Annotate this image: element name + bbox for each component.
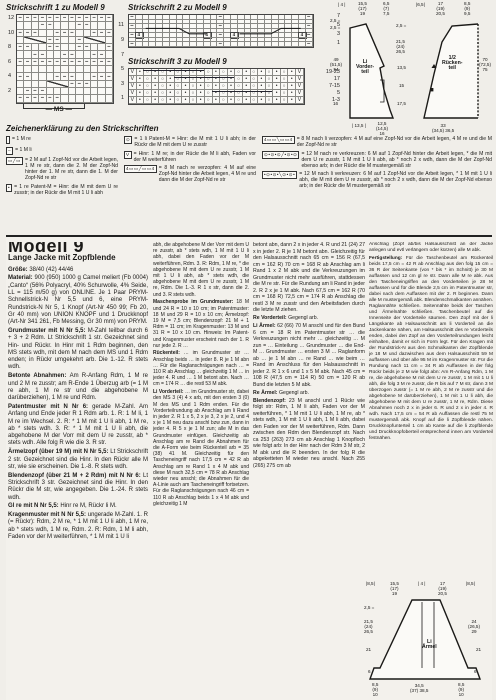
paragraph-lead: Patentmuster mit N Nr 6: [8,404,92,410]
paragraph: abh, die abgehobene M der Vorr mit dem U… [153,242,249,298]
row-number-right: 9 [121,38,124,44]
purl-stitch-cell [106,30,113,37]
paragraph-lead: Kragenmuster mit N Nr 5,5: [8,512,88,518]
chart-cell [279,42,286,47]
chart-cell [245,42,252,47]
paragraph-lead: Blendenzopf: [253,398,289,404]
article-column-1-body: Größe: 38/40 (42) 44/46Material: 900 (95… [8,267,148,542]
label-line: 7,5 [383,12,389,17]
knit-stitch-cell [69,88,76,95]
label-line: 54 [330,68,342,73]
patent-dot-cell: • [167,97,175,104]
patent-dot-cell: • [273,90,281,97]
purl-stitch-cell [39,95,46,102]
purl-stitch-cell [76,44,83,51]
patent-dot-cell: • [213,97,221,104]
purl-stitch-cell [24,73,31,80]
purl-stitch-cell [106,59,113,66]
measurement-label: |8,5| [466,582,475,587]
slip-stitch-cell: V [129,97,137,104]
label-line: | 4 | [418,582,426,587]
knit-stitch-cell [106,88,113,95]
purl-stitch-cell [24,44,31,51]
measurement-label: 2,5 = [364,606,374,611]
pattern-repeat-label: — MS — [46,106,72,113]
schematic-sleeve: |8,5|15,5(17)19| 4 |17(19)20,5|8,5|2,5 =… [364,582,490,698]
stitch-symbol-key: ⊙•⊙•⊙╱•⊙•⊙ [262,151,299,159]
knit-stitch-cell [76,88,83,95]
paragraph: Patentmuster mit N Nr 6: gerade M-Zahl. … [8,404,148,448]
knit-stitch-cell [76,66,83,73]
legend-entry-text: = 8 M nach li verzopfen: 4 M auf eine Zo… [297,136,492,148]
purl-stitch-cell [61,59,68,66]
purl-stitch-cell [91,59,98,66]
knit-stitch-cell [91,44,98,51]
patent-dot-cell: • [228,97,236,104]
paragraph: Li Vorderteil: … im Grundmuster str, dab… [153,389,249,507]
chart-cell [217,42,224,47]
knit-stitch-cell [106,66,113,73]
stitch-symbol-key: • [6,184,12,192]
chart-cell [272,42,279,47]
knit-stitch-cell [47,66,54,73]
purl-stitch-cell [47,44,54,51]
measurement-label: 17(19)20,5 [438,582,447,597]
knit-stitch-cell [61,37,68,44]
label-line: |6,5| [416,3,425,8]
purl-stitch-cell [39,15,46,22]
chart-grid-wrapper: 44447531 [128,14,340,48]
legend-entry-text: = Hinr: 1 M re; in der Rückr die M li ab… [134,151,256,163]
knit-stitch-cell [61,22,68,29]
legend-entry: •= 1 re Patent-M = Hinr: die M mit dem U… [6,184,118,196]
patent-dot-cell: • [243,97,251,104]
article-column-3: betont abn, dann 2 x in jeder 4. R und 2… [253,242,365,700]
purl-stitch-cell [47,59,54,66]
patent-dot-cell: • [152,97,160,104]
chart-grid: V•○•○•○•○•○•○•○•○•○•○•VV•○•○•○•○•○•○•○•○… [128,68,305,105]
measurement-label: | 4 | [418,582,426,587]
paragraph-lead: Betonte Abnahmen: [8,373,70,379]
purl-stitch-cell [98,15,105,22]
paragraph-lead: Fertigstellung: [369,256,406,261]
knit-stitch-cell [91,88,98,95]
measurement-label: 2,5 = [330,26,340,31]
knit-stitch-cell [54,51,61,58]
purl-stitch-cell [17,59,24,66]
knit-stitch-cell [106,22,113,29]
purl-stitch-cell [106,73,113,80]
legend-entry: ▭╱▭= 2 M auf 1 Zopf-Nd vor die Arbeit le… [6,157,118,181]
paragraph: Betonte Abnahmen: Am R-Anfang Rdm, 1 M r… [8,373,148,402]
yarn-over-cell: ○ [235,97,243,104]
label-line: 26,5 [364,630,373,635]
chart-cell [285,42,292,47]
label-line: 17,5 [397,102,406,107]
label-line: (37) 38,5 [410,689,428,694]
purl-stitch-cell [39,88,46,95]
paragraph: Maschenprobe im Grundmuster: 18 M und 24… [153,299,249,349]
patent-dot-cell: • [137,97,145,104]
measurement-label: | 4 | [338,3,346,8]
purl-stitch-cell [69,30,76,37]
patent-dot-cell: • [273,76,281,83]
purl-stitch-cell [24,59,31,66]
paragraph: Blendenzopf (über 21 M + 2 Rdm) mit N Nr… [8,473,148,502]
chart-cell [183,42,190,47]
knit-stitch-cell [39,73,46,80]
legend-entry-text: = 12 M nach re verkreuzen: 6 M auf 1 Zop… [301,151,492,169]
purl-stitch-cell [47,15,54,22]
paragraph: Rückenteil: … im Grundmuster str … Ansch… [153,350,249,387]
article-column-2: abh, die abgehobene M der Vorr mit dem U… [153,242,249,700]
paragraph: Li Ärmel: 62 (66) 70 M anschl und für de… [253,323,365,388]
paragraph-lead: Li Ärmel: [253,323,277,329]
knit-stitch-cell [84,73,91,80]
patent-dot-cell: • [273,83,281,90]
label-line: 10 [458,693,464,698]
knit-stitch-cell [76,30,83,37]
purl-stitch-cell [24,95,31,102]
purl-stitch-cell [84,15,91,22]
stitch-chart-2: Strickschrift 2 zu Modell 9 44447531 [128,3,340,48]
purl-stitch-cell [32,51,39,58]
stitch-symbol-key: •⊙•⊙•╲⊙•⊙• [262,171,297,179]
purl-stitch-cell [91,73,98,80]
measurement-label: 21 [366,648,371,653]
purl-stitch-cell [98,30,105,37]
chart-cell [204,42,211,47]
purl-stitch-cell [17,95,24,102]
knit-stitch-cell [84,30,91,37]
knit-stitch-cell [39,44,46,51]
purl-stitch-cell [76,59,83,66]
knit-stitch-cell [47,88,54,95]
measurement-label: 70(72,5)75 [479,58,491,73]
row-number-left: 4 [8,74,11,80]
purl-stitch-cell [98,59,105,66]
legend-column-3: 4▭▭╲▭▭4= 8 M nach li verzopfen: 4 M auf … [262,136,492,192]
purl-stitch-cell [32,95,39,102]
purl-stitch-cell [54,37,61,44]
label-line: 10 [372,693,378,698]
paragraph-lead: Größe: [8,267,29,273]
knit-stitch-cell [84,66,91,73]
label-line: 6 [474,670,477,675]
chart-cell [136,42,143,47]
yarn-over-cell: ○ [175,97,183,104]
measurement-label: 34,5(37) 38,5 [410,684,428,694]
label-line: 20,5 [436,12,445,17]
legend-entry-text: = 1 re Patent-M = Hinr: die M mit dem U … [14,184,118,196]
purl-stitch-cell [76,81,83,88]
paragraph: Re Ärmel: Gegengl arb. [253,390,365,397]
label-line: 21 [366,648,371,653]
purl-stitch-cell [54,44,61,51]
slip-stitch-cell: V [296,97,304,104]
label-line: Ärmel [422,645,437,650]
knit-stitch-cell [17,22,24,29]
knit-stitch-cell [98,81,105,88]
yarn-over-cell: ○ [205,97,213,104]
chart-cell [143,42,150,47]
purl-stitch-cell [24,88,31,95]
purl-stitch-cell [32,15,39,22]
purl-stitch-cell [47,95,54,102]
purl-stitch-cell [76,37,83,44]
purl-stitch-cell [69,81,76,88]
knit-stitch-cell [17,88,24,95]
legend-column-1: = 1 M re–= 1 M li▭╱▭= 2 M auf 1 Zopf-Nd … [6,136,118,198]
purl-stitch-cell [69,51,76,58]
purl-stitch-cell [54,95,61,102]
purl-stitch-cell [69,59,76,66]
measurement-label: 21 [476,648,481,653]
knit-stitch-cell [91,22,98,29]
paragraph-lead: Li Vorderteil: [153,389,185,395]
knit-stitch-cell [61,95,68,102]
knit-stitch-cell [91,95,98,102]
stitch-symbol-key: – [6,147,13,155]
legend-entry: 4▭▭╱▭▭4= 8 M nach re verzopfen: 4 M auf … [124,165,256,183]
yarn-over-cell: ○ [220,97,228,104]
patent-dot-cell: • [258,97,266,104]
label-line: 9,5 [464,12,470,17]
symbol-legend: Zeichenerklärung zu den Strickschriften … [6,124,492,232]
article-column-1: Modell 9 Lange Jacke mit Zopfblende Größ… [8,242,148,700]
paragraph-lead: Rückenteil: [153,350,184,356]
chart-grid-wrapper: 121086421197531— MS — [6,14,126,104]
legend-entry: ⊙= 1 li Patent-M = Hinr: die M mit 1 U l… [124,136,256,148]
patent-dot-cell: • [197,97,205,104]
knit-stitch-cell [84,51,91,58]
measurement-label: 17,5 [397,102,406,107]
chart-title: Strickschrift 2 zu Modell 9 [128,3,340,12]
legend-entry: –= 1 M li [6,147,118,155]
knit-stitch-cell [39,30,46,37]
knit-stitch-cell [69,44,76,51]
chart-cell [190,42,197,47]
knit-stitch-cell [17,51,24,58]
yarn-over-cell: ○ [144,97,152,104]
sleeve-piece-name: LiÄrmel [422,640,437,650]
label-line: 19 [358,12,367,17]
chart-cell [224,42,231,47]
knit-stitch-cell [69,66,76,73]
paragraph: Gl re mit N Nr 5,5: Hinr re M, Rückr li … [8,503,148,510]
knit-stitch-cell [91,81,98,88]
purl-stitch-cell [69,73,76,80]
patent-dot-cell: • [182,97,190,104]
row-number-left: 2 [8,89,11,95]
crossing-marker [212,91,273,92]
label-line: 2,5 = [396,24,406,29]
knit-stitch-cell [69,37,76,44]
stitch-symbol-key [6,136,10,144]
label-line: 16 [333,102,338,107]
knit-stitch-cell [98,66,105,73]
measurement-label: 49(51,5)54 [330,58,342,73]
purl-stitch-cell [61,15,68,22]
measurement-label: 15 [399,84,404,89]
knit-stitch-cell [17,81,24,88]
label-line: |8,5| [466,582,475,587]
stitch-chart-3: Strickschrift 3 zu Modell 9 V•○•○•○•○•○•… [128,57,340,105]
measurement-label: 15,5(17)19 [358,2,367,17]
knit-stitch-cell [76,73,83,80]
row-number-right: 7 [121,53,124,59]
model-title: Modell 9 [8,243,148,250]
crossing-marker [143,70,204,71]
knit-stitch-cell [76,95,83,102]
paragraph-lead: Re Ärmel: [253,390,279,396]
label-line: |8,5| [366,582,375,587]
purl-stitch-cell [47,37,54,44]
yarn-over-cell: ○ [266,97,274,104]
knit-stitch-cell [84,95,91,102]
measurement-label: 21,5(24)26,5 [396,40,405,55]
legend-entry-text: = 8 M nach re verzopfen: 4 M auf eine Zo… [159,165,256,183]
label-line: 20,5 [438,592,447,597]
chart-grid [16,14,114,104]
label-line: 2,5 = [364,606,374,611]
knit-stitch-cell [17,66,24,73]
stitch-symbol-key: ⊙ [124,136,132,144]
knit-stitch-cell [54,88,61,95]
yarn-over-cell: ○ [281,97,289,104]
row-number-left: 8 [8,45,11,51]
knit-stitch-cell [54,22,61,29]
purl-stitch-cell [61,51,68,58]
paragraph-lead: Ärmelzopf (über 19 M) mit N Nr 5,5: [8,449,110,455]
chart-cell [238,42,245,47]
legend-entry-text: = 12 M nach li verkreuzen: 6 M auf 1 Zop… [299,171,492,189]
measurement-label: 16 [333,102,338,107]
front-piece-name: LiVorder-teil [356,60,374,75]
paragraph: Kragenmuster mit N Nr 5,5: ungerade M-Za… [8,512,148,541]
measurement-label: 2,5 = [396,24,406,29]
legend-entry-text: = 2 M auf 1 Zopf-Nd vor die Arbeit legen… [25,157,118,181]
legend-title: Zeichenerklärung zu den Strickschriften [6,124,492,133]
purl-stitch-cell [91,15,98,22]
chart-grid-wrapper: V•○•○•○•○•○•○•○•○•○•○•VV•○•○•○•○•○•○•○•○… [128,68,340,105]
cable-stitch-cell [47,81,69,88]
purl-stitch-cell [84,44,91,51]
purl-stitch-cell [32,88,39,95]
purl-stitch-cell [24,30,31,37]
knit-stitch-cell [24,81,31,88]
purl-stitch-cell [24,15,31,22]
purl-stitch-cell [84,81,91,88]
knit-stitch-cell [106,81,113,88]
purl-stitch-cell [17,44,24,51]
chart-cell [258,42,265,47]
paragraph-lead: Re Vorderteil: [253,315,288,321]
row-number-right: 1 [121,96,124,102]
chart-grid: 4444 [128,14,314,48]
row-number-right: 3 [121,82,124,88]
measurement-label: 6,5(7)7,5 [383,2,389,17]
stitch-symbol-key: V [124,151,132,159]
paragraph: Grundmuster mit N Nr 5,5: M-Zahl teilbar… [8,328,148,372]
chart-cell [129,42,136,47]
chart-cell [156,42,163,47]
purl-stitch-cell [84,59,91,66]
chart-cell [306,42,313,47]
knit-stitch-cell [47,73,54,80]
purl-stitch-cell [98,73,105,80]
row-number-left: 10 [8,31,14,37]
knit-stitch-cell [24,66,31,73]
label-line: teil [356,70,374,75]
row-number-right: 5 [121,67,124,73]
purl-stitch-cell [17,30,24,37]
purl-stitch-cell [69,15,76,22]
purl-stitch-cell [17,15,24,22]
paragraph-lead: Material: [8,275,35,281]
patent-dot-cell: • [273,97,281,104]
knit-stitch-cell [47,30,54,37]
chart-cell [197,42,204,47]
purl-stitch-cell [32,30,39,37]
measurement-label: 8,5(9)10 [458,683,464,698]
purl-stitch-cell [54,15,61,22]
purl-stitch-cell [61,30,68,37]
legend-entry: V= Hinr: 1 M re; in der Rückr die M li a… [124,151,256,163]
knit-stitch-cell [32,44,39,51]
cable-stitch-cell [84,37,106,44]
patent-dot-cell: • [273,69,281,76]
legend-entry: •⊙•⊙•╲⊙•⊙•= 12 M nach li verkreuzen: 6 M… [262,171,492,189]
purl-stitch-cell [98,51,105,58]
measurement-label: |8,5| [366,582,375,587]
purl-stitch-cell [39,51,46,58]
knit-stitch-cell [69,22,76,29]
knit-stitch-cell [61,88,68,95]
crossing-marker [174,77,235,78]
label-line: 26,5 [396,50,405,55]
chart-cell [265,42,272,47]
legend-entry-text: = 1 M li [15,147,32,155]
measurement-label: 15,5(17)19 [390,582,399,597]
knit-stitch-cell [106,37,113,44]
yarn-over-cell: ○ [190,97,198,104]
knit-stitch-cell [76,51,83,58]
purl-stitch-cell [106,44,113,51]
cable-stitch-cell [24,37,46,44]
label-line: 75 [479,68,491,73]
knit-stitch-cell [91,66,98,73]
purl-stitch-cell [39,22,46,29]
knit-stitch-cell [47,51,54,58]
stitch-chart-1: Strickschrift 1 zu Modell 9 121086421197… [6,3,126,104]
legend-entry-text: = 1 li Patent-M = Hinr: die M mit 1 U li… [134,136,256,148]
knit-stitch-cell [61,66,68,73]
purl-stitch-cell [17,73,24,80]
purl-stitch-cell [54,59,61,66]
row-number-left: 6 [8,60,11,66]
legend-entry: = 1 M re [6,136,118,144]
measurement-label: 21,5(24)26,5 [364,620,373,635]
schematic-front-back: | 4 |15,5(17)196,5(7)7,5|6,5|17(19)20,58… [330,2,494,142]
label-line: teil [442,66,462,71]
purl-stitch-cell [54,30,61,37]
purl-stitch-cell [91,30,98,37]
purl-stitch-cell [84,22,91,29]
knit-stitch-cell [32,81,39,88]
paragraph: Fertigstellung: Für die Taschenbeutel am… [369,256,493,442]
chart-cell [299,42,306,47]
